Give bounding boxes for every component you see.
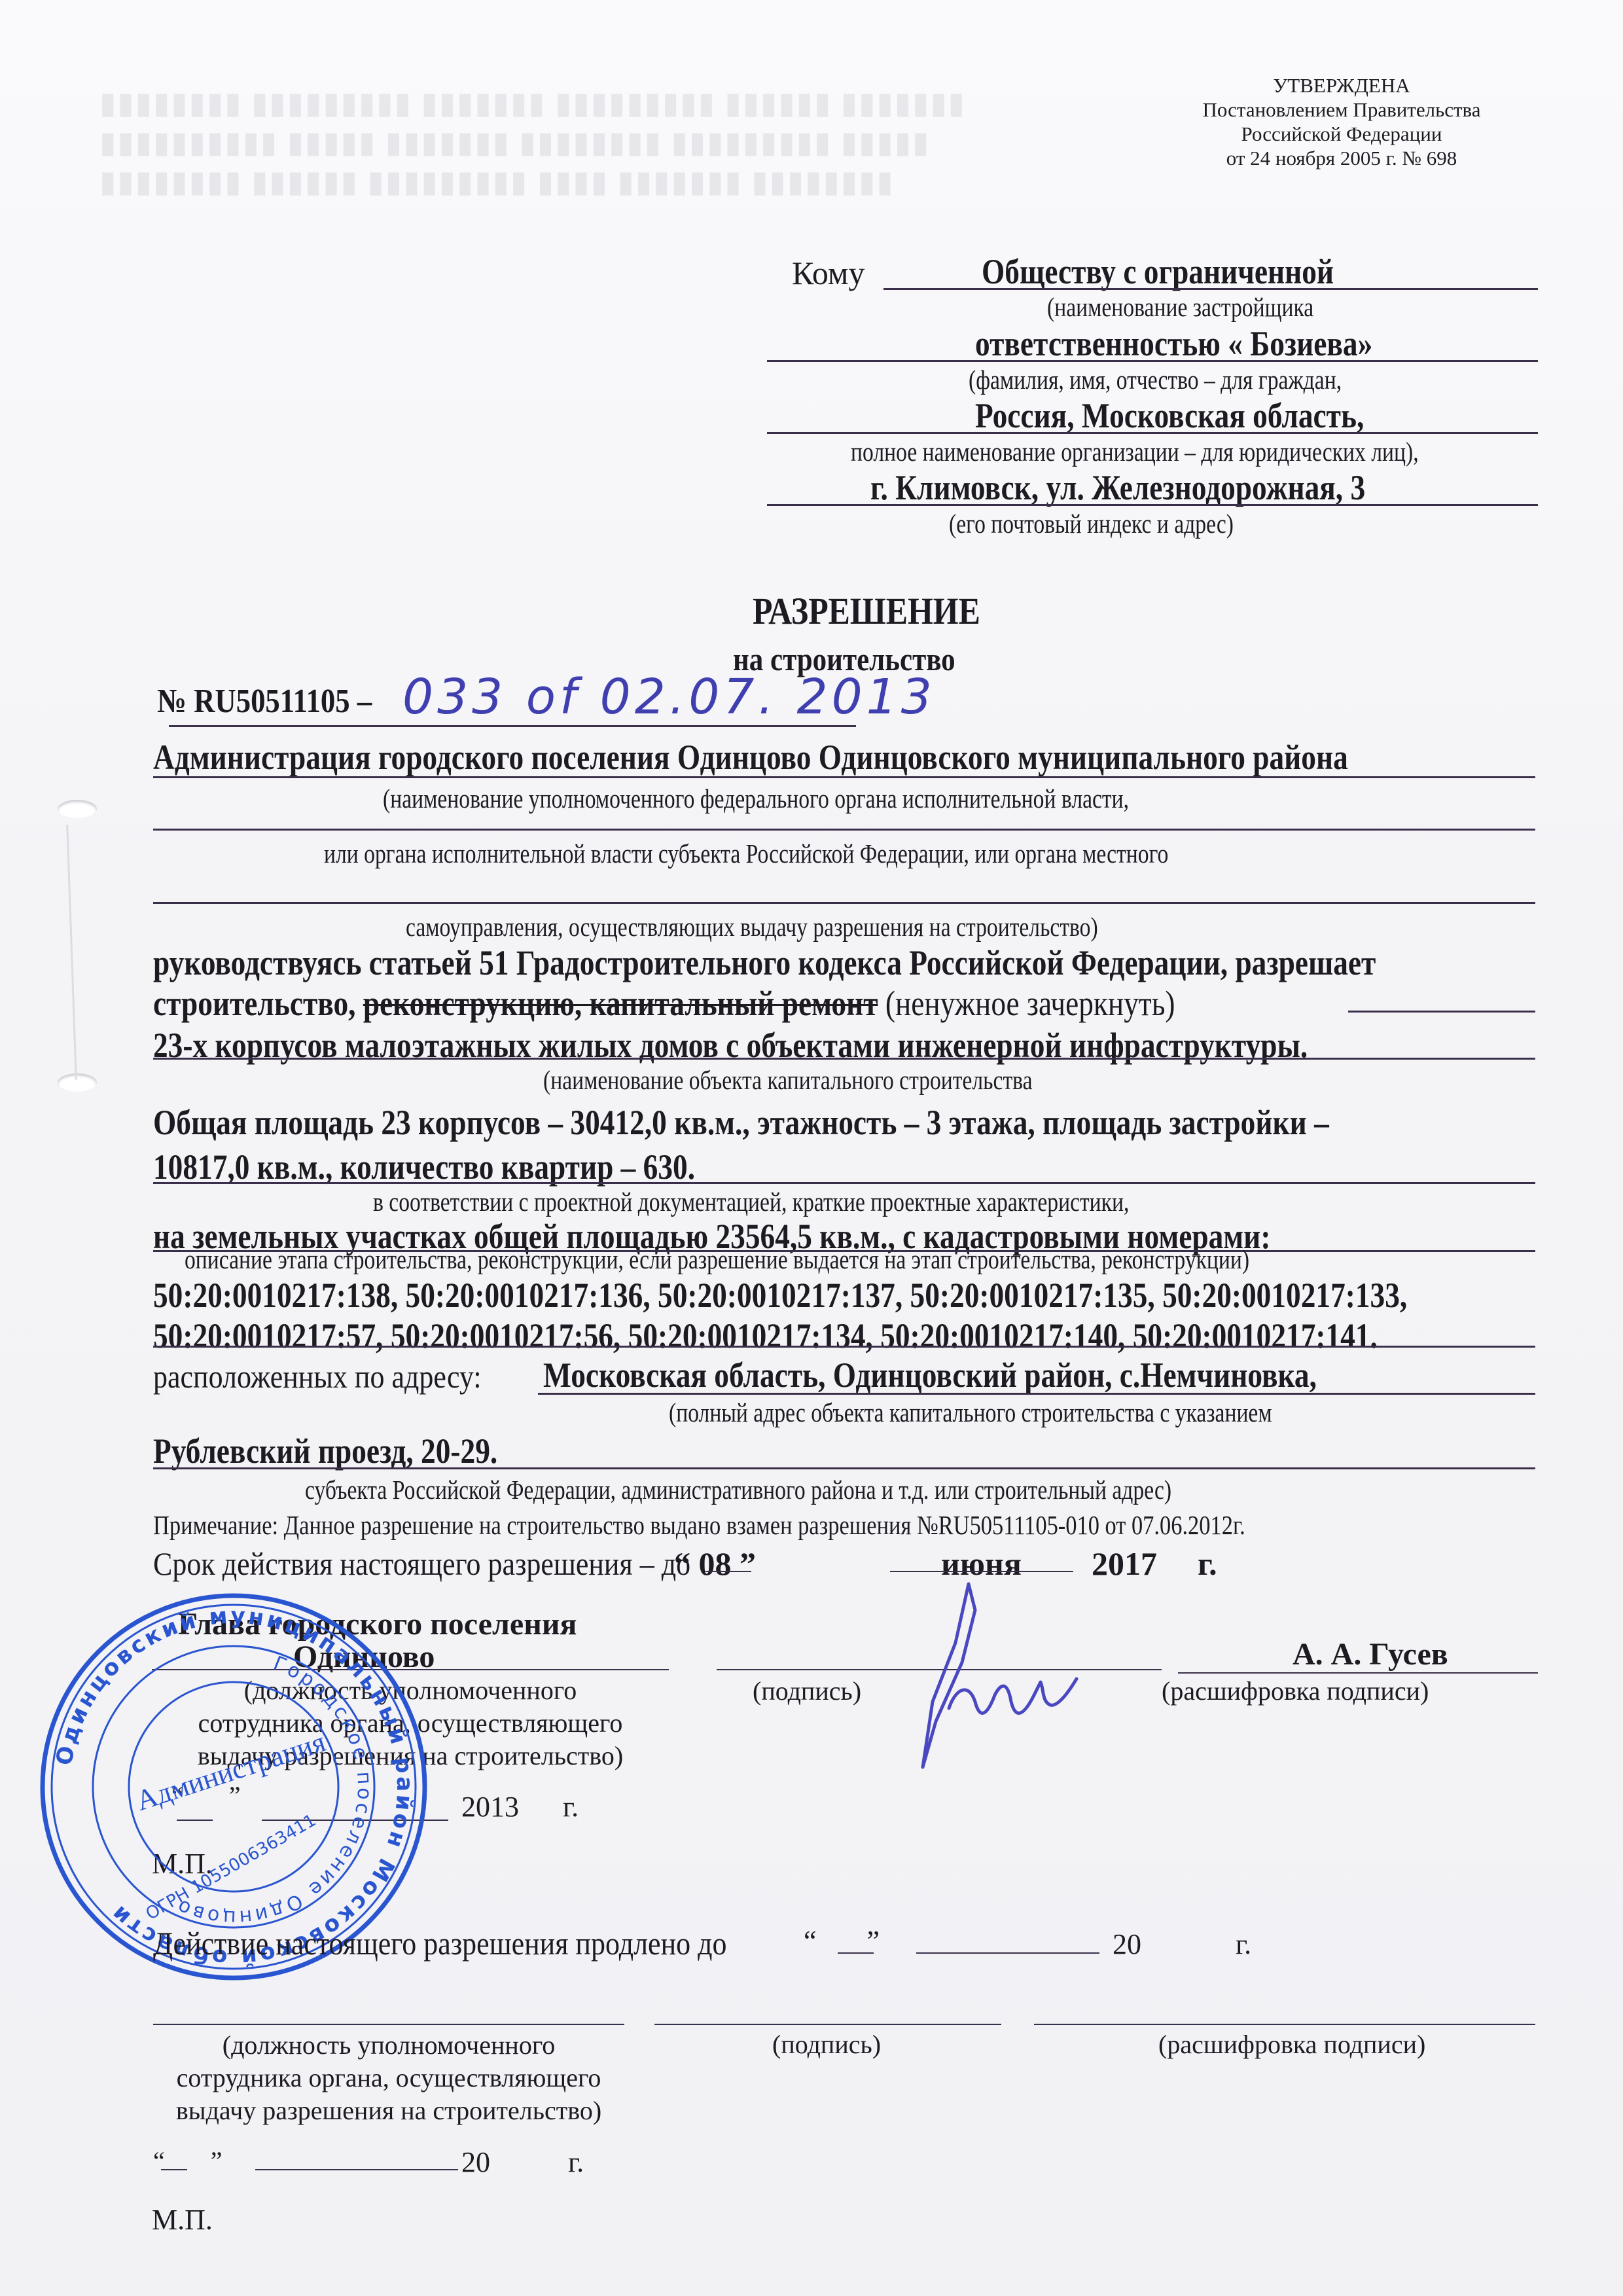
specs-line1: Общая площадь 23 корпусов – 30412,0 кв.м… — [153, 1102, 1329, 1143]
struck-hint: (ненужное зачеркнуть) — [885, 984, 1175, 1023]
hint: (наименование застройщика — [1047, 291, 1313, 323]
fill-line — [838, 1952, 874, 1954]
address-line2: Рублевский проезд, 20-29. — [153, 1431, 497, 1471]
signature-hint: (подпись) — [753, 1676, 861, 1706]
hint: (наименование объекта капитального строи… — [543, 1064, 1032, 1096]
show-through-text: ▮▮▮▮▮ ▮▮▮▮▮▮▮▮▮ ▮▮▮▮▮▮▮▮ ▮▮▮▮▮▮▮ ▮▮▮▮▮ ▮… — [98, 124, 929, 160]
show-through-text: ▮▮▮▮▮▮▮▮ ▮▮▮▮▮▮▮ ▮▮▮▮ ▮▮▮▮▮▮▮▮▮ ▮▮▮▮▮▮ ▮… — [98, 164, 893, 199]
document-title: РАЗРЕШЕНИЕ — [753, 589, 980, 633]
fill-line — [153, 776, 1535, 778]
grounds-line: руководствуясь статьей 51 Градостроитель… — [153, 942, 1376, 983]
fill-line — [767, 504, 1538, 506]
addressee-address-line2: г. Климовск, ул. Железнодорожная, 3 — [870, 467, 1365, 508]
fill-line — [153, 1346, 1535, 1348]
addressee-address-line1: Россия, Московская область, — [975, 395, 1364, 436]
extension-seal-label: М.П. — [152, 2203, 213, 2236]
address-label: расположенных по адресу: — [153, 1357, 482, 1395]
hint: (должность уполномоченного — [153, 2029, 624, 2062]
fill-line — [538, 1393, 1535, 1395]
show-through-text: ▮▮▮▮▮▮▮ ▮▮▮▮▮▮ ▮▮▮▮▮▮▮▮▮ ▮▮▮▮▮▮▮ ▮▮▮▮▮▮▮… — [98, 85, 965, 120]
extension-name-hint: (расшифровка подписи) — [1158, 2029, 1425, 2060]
address-line1: Московская область, Одинцовский район, с… — [543, 1355, 1317, 1395]
specs-line2: 10817,0 кв.м., количество квартир – 630. — [153, 1147, 695, 1187]
fill-line — [705, 1571, 751, 1572]
authority-name: Администрация городского поселения Одинц… — [153, 737, 1348, 778]
approval-title: УТВЕРЖДЕНА — [1152, 73, 1531, 98]
approval-line: от 24 ноября 2005 г. № 698 — [1152, 146, 1531, 170]
document-page: ▮▮▮▮▮▮▮ ▮▮▮▮▮▮ ▮▮▮▮▮▮▮▮▮ ▮▮▮▮▮▮▮ ▮▮▮▮▮▮▮… — [0, 0, 1623, 2296]
extension-date-quotes: “ ” — [153, 2145, 223, 2176]
fill-line — [1034, 2024, 1535, 2025]
fill-line — [161, 2169, 187, 2170]
hint: (его почтовый индекс и адрес) — [949, 508, 1234, 539]
extension-signature-hint: (подпись) — [772, 2029, 881, 2060]
to-label: Кому — [792, 254, 865, 292]
struck-kinds: реконструкцию, капитальный ремонт — [363, 984, 878, 1023]
handwritten-signature — [870, 1571, 1086, 1833]
hint: или органа исполнительной власти субъект… — [324, 838, 1168, 869]
addressee-name-line1: Обществу с ограниченной — [982, 251, 1334, 292]
hint: самоуправления, осуществляющих выдачу ра… — [406, 911, 1098, 942]
date-year: 2013 — [461, 1790, 519, 1823]
approval-line: Российской Федерации — [1152, 122, 1531, 146]
binding-hole — [58, 1073, 97, 1092]
permit-number-handwritten: 033 of 02.07. 2013 — [402, 669, 936, 725]
extension-label: Действие настоящего разрешения продлено … — [153, 1924, 727, 1962]
approval-block: УТВЕРЖДЕНА Постановлением Правительства … — [1152, 73, 1531, 170]
validity-g: г. — [1198, 1545, 1217, 1583]
extension-year: 20 — [1113, 1928, 1141, 1961]
fill-line — [153, 829, 1535, 831]
hint: полное наименование организации – для юр… — [851, 436, 1419, 467]
hint: (полный адрес объекта капитального строи… — [669, 1397, 1272, 1428]
fill-line — [916, 1952, 1099, 1954]
hint: описание этапа строительства, реконструк… — [185, 1244, 1249, 1275]
extension-g: г. — [1236, 1928, 1251, 1961]
fill-line — [1178, 1672, 1538, 1674]
validity-year: 2017 — [1092, 1545, 1157, 1583]
binding-hole — [58, 800, 97, 818]
permit-number-prefix: № RU50511105 – — [157, 682, 372, 721]
hint: (наименование уполномоченного федерально… — [383, 783, 1129, 814]
hint: (фамилия, имя, отчество – для граждан, — [969, 364, 1342, 395]
fill-line — [654, 2024, 1001, 2025]
cadastral-line2: 50:20:0010217:57, 50:20:0010217:56, 50:2… — [153, 1316, 1378, 1356]
fill-line — [153, 2024, 624, 2025]
fill-line — [767, 360, 1538, 362]
signatory-name: А. А. Гусев — [1293, 1636, 1448, 1672]
construction-kind-line: строительство, реконструкцию, капитальны… — [153, 983, 1175, 1024]
fill-line — [883, 288, 1538, 290]
fill-line — [1348, 1011, 1535, 1013]
fill-line — [153, 902, 1535, 904]
fill-line — [153, 1182, 1535, 1184]
fill-line — [153, 1058, 1535, 1060]
validity-label: Срок действия настоящего разрешения – до — [153, 1545, 690, 1583]
extension-position-hint: (должность уполномоченного сотрудника ор… — [153, 2029, 624, 2127]
note: Примечание: Данное разрешение на строите… — [153, 1509, 1245, 1541]
addressee-name-line2: ответственностью « Бозиева» — [975, 323, 1372, 364]
extension-date-year: 20 — [461, 2145, 490, 2179]
hint: выдачу разрешения на строительство) — [153, 2094, 624, 2127]
hint: субъекта Российской Федерации, администр… — [305, 1474, 1171, 1505]
date-g: г. — [563, 1790, 579, 1823]
cadastral-line1: 50:20:0010217:138, 50:20:0010217:136, 50… — [153, 1275, 1407, 1316]
fill-line — [767, 432, 1538, 434]
validity-day: “ 08 ” — [674, 1545, 756, 1583]
name-hint: (расшифровка подписи) — [1162, 1676, 1429, 1706]
hint: сотрудника органа, осуществляющего — [153, 2062, 624, 2094]
approval-line: Постановлением Правительства — [1152, 98, 1531, 122]
fill-line — [153, 1467, 1535, 1469]
fill-line — [169, 725, 856, 727]
fill-line — [255, 2169, 458, 2170]
hint: в соответствии с проектной документацией… — [373, 1186, 1129, 1217]
binding-string — [66, 825, 77, 1080]
permitted-kind: строительство, — [153, 984, 355, 1023]
svg-text:Администрация: Администрация — [132, 1725, 329, 1817]
extension-date-g: г. — [568, 2145, 584, 2179]
